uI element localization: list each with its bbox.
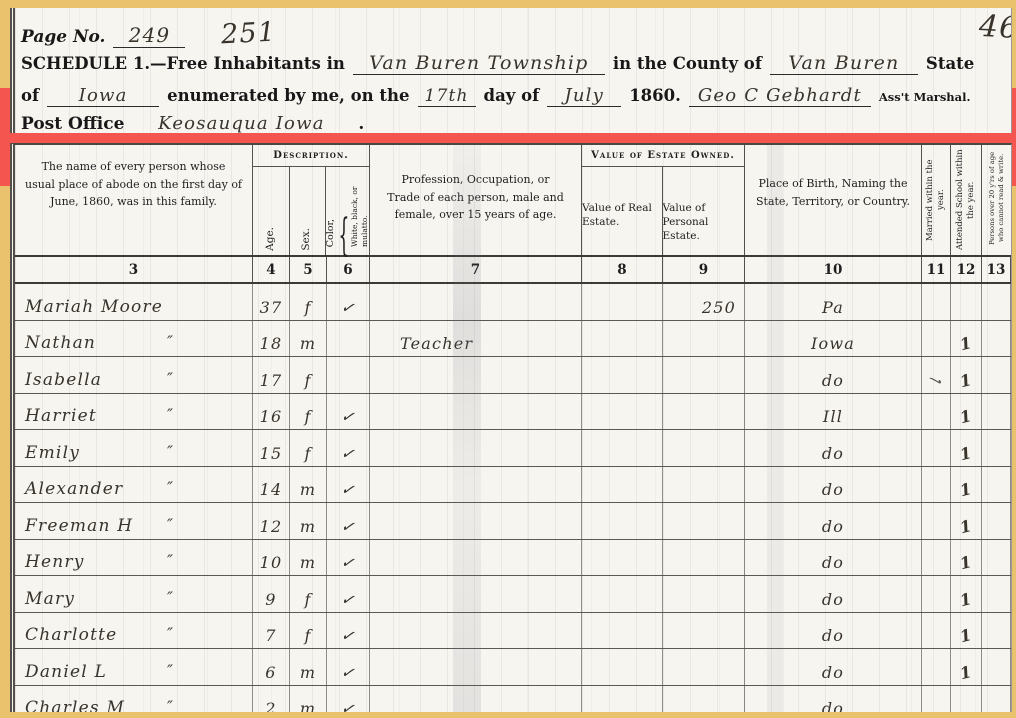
cell-age: 9: [253, 576, 290, 612]
cell-occupation: [370, 467, 582, 503]
school-mark: 1: [958, 406, 975, 427]
person-name: Mariah Moore: [25, 297, 163, 317]
col-header-school: Attended School within the year.: [951, 145, 982, 255]
cell-name: Nathan ″: [15, 321, 253, 357]
cell-school: 1: [951, 357, 982, 393]
cannot-read-label: Persons over 20 y'rs of age who cannot r…: [988, 145, 1006, 251]
cell-color: ✓: [327, 686, 370, 713]
col-number-4: 4: [253, 257, 290, 282]
cell-married: [922, 284, 951, 320]
color-mark: ✓: [339, 625, 357, 646]
marshal-signature: Geo C Gebhardt: [689, 85, 871, 107]
cell-sex: m: [290, 649, 327, 685]
birthplace-value: do: [822, 699, 844, 712]
sex-value: m: [300, 553, 316, 572]
cell-married: [922, 576, 951, 612]
sex-value: m: [300, 334, 316, 353]
cell-age: 6: [253, 649, 290, 685]
month-entry: July: [547, 85, 621, 107]
enumerated-label: enumerated by me, on the: [167, 86, 409, 105]
estate-group-label: Value of Estate Owned.: [582, 145, 744, 167]
cell-name: Daniel L ″: [15, 649, 253, 685]
birthplace-value: do: [822, 517, 844, 536]
occupation-value: Teacher: [400, 334, 473, 353]
cell-age: 17: [253, 357, 290, 393]
table-body: Mariah Moore 37 f ✓ 250 Pa Nathan ″: [15, 284, 1011, 712]
estate-group-body: Value of Real Estate. Value of Personal …: [582, 167, 744, 256]
birthplace-value: do: [822, 480, 844, 499]
cell-occupation: [370, 649, 582, 685]
birthplace-value: do: [822, 553, 844, 572]
cell-school: 1: [951, 503, 982, 539]
cell-school: 1: [951, 540, 982, 576]
cell-age: 10: [253, 540, 290, 576]
cell-occupation: [370, 394, 582, 430]
cell-color: [327, 321, 370, 357]
birthplace-value: do: [822, 663, 844, 682]
birthplace-value: do: [822, 371, 844, 390]
col-header-cannot-read: Persons over 20 y'rs of age who cannot r…: [982, 145, 1011, 255]
table-row: Daniel L ″ 6 m ✓ do 1: [15, 649, 1011, 686]
color-mark: ✓: [339, 515, 357, 536]
person-name: Isabella: [25, 370, 102, 390]
color-header-wrap: Color, { White, black, or mulatto.: [325, 163, 370, 251]
cell-birthplace: do: [745, 430, 922, 466]
person-name: Daniel L: [25, 662, 107, 682]
cell-personal-estate: [663, 649, 745, 685]
cell-married: [922, 467, 951, 503]
sex-value: m: [300, 699, 316, 712]
table-row: Emily ″ 15 f ✓ do 1: [15, 430, 1011, 467]
cell-birthplace: do: [745, 540, 922, 576]
cell-occupation: [370, 357, 582, 393]
cell-color: [327, 357, 370, 393]
cell-color: ✓: [327, 540, 370, 576]
sex-value: f: [304, 626, 311, 645]
schedule-prefix: SCHEDULE 1.—Free Inhabitants in: [21, 54, 345, 73]
age-value: 10: [260, 553, 283, 572]
schedule-line: SCHEDULE 1.—Free Inhabitants in Van Bure…: [21, 52, 974, 75]
ditto-mark: ″: [167, 405, 175, 424]
document-header: Page No. 249 251 46 SCHEDULE 1.—Free Inh…: [10, 8, 1012, 133]
table-row: Mariah Moore 37 f ✓ 250 Pa: [15, 284, 1011, 321]
age-value: 7: [265, 626, 276, 645]
age-value: 14: [260, 480, 283, 499]
cell-sex: f: [290, 576, 327, 612]
col-number-12: 12: [951, 257, 982, 282]
cell-age: 16: [253, 394, 290, 430]
sex-value: m: [300, 517, 316, 536]
age-value: 12: [260, 517, 283, 536]
col-header-personal-estate: Value of Personal Estate.: [663, 167, 745, 256]
cell-sex: f: [290, 394, 327, 430]
cell-real-estate: [582, 649, 663, 685]
census-table: The name of every person whose usual pla…: [10, 143, 1012, 712]
cell-cannot-read: [982, 576, 1011, 612]
col-number-11: 11: [922, 257, 951, 282]
cell-school: 1: [951, 321, 982, 357]
person-name: Charlotte: [25, 625, 117, 645]
cell-age: 18: [253, 321, 290, 357]
cell-name: Freeman H ″: [15, 503, 253, 539]
of-label: of: [21, 86, 39, 105]
cell-school: [951, 284, 982, 320]
color-mark: ✓: [339, 296, 357, 317]
post-office-label: Post Office: [21, 114, 124, 133]
cell-personal-estate: [663, 576, 745, 612]
school-mark: 1: [958, 333, 975, 354]
school-mark: 1: [958, 588, 975, 609]
enumeration-line: of Iowa enumerated by me, on the 17th da…: [21, 85, 970, 107]
cell-birthplace: do: [745, 576, 922, 612]
cell-personal-estate: [663, 503, 745, 539]
day-entry: 17th: [418, 86, 476, 107]
cell-cannot-read: [982, 649, 1011, 685]
school-mark: 1: [958, 552, 975, 573]
cell-name: Henry ″: [15, 540, 253, 576]
cell-married: [922, 649, 951, 685]
cell-cannot-read: [982, 503, 1011, 539]
cell-sex: m: [290, 686, 327, 713]
cell-age: 7: [253, 613, 290, 649]
col-number-13: 13: [982, 257, 1011, 282]
cell-married: [922, 321, 951, 357]
corner-page-number: 46: [979, 9, 1012, 46]
cell-sex: m: [290, 540, 327, 576]
cell-age: 14: [253, 467, 290, 503]
table-header: The name of every person whose usual pla…: [15, 145, 1011, 255]
personal-estate-value: 250: [702, 298, 736, 317]
birthplace-value: do: [822, 626, 844, 645]
cell-occupation: [370, 613, 582, 649]
sex-label: Sex.: [300, 228, 314, 251]
cell-birthplace: Iowa: [745, 321, 922, 357]
table-row: Charles M ″ 2 m ✓ do: [15, 686, 1011, 713]
col-number-5: 5: [290, 257, 327, 282]
cell-cannot-read: [982, 686, 1011, 713]
county-label: in the County of: [613, 54, 762, 73]
cell-cannot-read: [982, 284, 1011, 320]
color-mark: ✓: [339, 479, 357, 500]
cell-occupation: [370, 686, 582, 713]
ditto-mark: ″: [167, 551, 175, 570]
cell-cannot-read: [982, 357, 1011, 393]
ditto-mark: ″: [167, 588, 175, 607]
person-name: Mary: [25, 589, 75, 609]
birthplace-value: Pa: [822, 298, 844, 317]
person-name: Charles M: [25, 698, 125, 712]
cell-married: [922, 503, 951, 539]
birthplace-value: Ill: [823, 407, 843, 426]
township-entry: Van Buren Township: [353, 52, 605, 75]
cell-birthplace: do: [745, 686, 922, 713]
cell-color: ✓: [327, 284, 370, 320]
school-mark: 1: [958, 625, 975, 646]
cell-school: 1: [951, 649, 982, 685]
table-row: Alexander ″ 14 m ✓ do 1: [15, 467, 1011, 504]
ditto-mark: ″: [167, 624, 175, 643]
person-name: Nathan: [25, 333, 96, 353]
cell-birthplace: do: [745, 613, 922, 649]
cell-real-estate: [582, 430, 663, 466]
cell-personal-estate: [663, 357, 745, 393]
cell-school: [951, 686, 982, 713]
cell-cannot-read: [982, 467, 1011, 503]
cell-birthplace: do: [745, 649, 922, 685]
table-row: Mary ″ 9 f ✓ do 1: [15, 576, 1011, 613]
cell-age: 37: [253, 284, 290, 320]
col-number-3: 3: [15, 257, 253, 282]
col-number-8: 8: [582, 257, 663, 282]
cell-sex: m: [290, 321, 327, 357]
age-value: 15: [260, 444, 283, 463]
person-name: Alexander: [25, 479, 123, 499]
col-number-7: 7: [370, 257, 582, 282]
ditto-mark: ″: [167, 661, 175, 680]
ditto-mark: ″: [167, 442, 175, 461]
cell-cannot-read: [982, 321, 1011, 357]
col-header-sex: Sex.: [290, 167, 327, 256]
col-header-birthplace: Place of Birth, Naming the State, Territ…: [745, 145, 922, 255]
person-name: Emily: [25, 443, 80, 463]
ditto-mark: ″: [167, 515, 175, 534]
year-label: 1860.: [629, 86, 681, 105]
cell-name: Mary ″: [15, 576, 253, 612]
age-value: 16: [260, 407, 283, 426]
cell-name: Harriet ″: [15, 394, 253, 430]
ditto-mark: ″: [167, 332, 175, 351]
cell-married: [922, 394, 951, 430]
cell-school: 1: [951, 613, 982, 649]
sex-value: f: [304, 590, 311, 609]
day-of-label: day of: [484, 86, 540, 105]
cell-sex: m: [290, 467, 327, 503]
cell-name: Mariah Moore: [15, 284, 253, 320]
age-value: 37: [260, 298, 283, 317]
school-label: Attended School within the year.: [955, 149, 977, 251]
cell-occupation: [370, 503, 582, 539]
person-name: Henry: [25, 552, 85, 572]
col-header-real-estate: Value of Real Estate.: [582, 167, 663, 256]
sex-value: f: [304, 298, 311, 317]
cell-occupation: [370, 576, 582, 612]
cell-sex: f: [290, 613, 327, 649]
cell-real-estate: [582, 540, 663, 576]
table-row: Nathan ″ 18 m Teacher Iowa 1: [15, 321, 1011, 358]
page-number-line: Page No. 249 251: [21, 18, 277, 49]
cell-real-estate: [582, 467, 663, 503]
cell-color: ✓: [327, 430, 370, 466]
state-label: State: [926, 54, 974, 73]
cell-name: Charles M ″: [15, 686, 253, 713]
cell-personal-estate: [663, 467, 745, 503]
school-mark: 1: [958, 442, 975, 463]
col-header-color: Color, { White, black, or mulatto.: [326, 167, 369, 256]
cell-married: [922, 430, 951, 466]
sex-value: f: [304, 444, 311, 463]
birthplace-value: do: [822, 444, 844, 463]
school-mark: 1: [958, 661, 975, 682]
state-entry: Iowa: [47, 85, 159, 107]
color-mark: ✓: [339, 661, 357, 682]
age-value: 2: [265, 699, 276, 712]
school-mark: 1: [958, 515, 975, 536]
color-mark: ✓: [339, 698, 357, 712]
person-name: Harriet: [25, 406, 97, 426]
col-header-age: Age.: [253, 167, 290, 256]
page-number-alt: 251: [221, 17, 278, 51]
age-value: 17: [260, 371, 283, 390]
cell-school: 1: [951, 394, 982, 430]
table-row: Freeman H ″ 12 m ✓ do 1: [15, 503, 1011, 540]
color-mark: ✓: [339, 588, 357, 609]
table-row: Harriet ″ 16 f ✓ Ill 1: [15, 394, 1011, 431]
ditto-mark: ″: [167, 478, 175, 497]
age-value: 18: [260, 334, 283, 353]
period: .: [358, 114, 364, 133]
cell-sex: f: [290, 357, 327, 393]
cell-real-estate: [582, 284, 663, 320]
cell-occupation: [370, 430, 582, 466]
color-mark: ✓: [339, 442, 357, 463]
table-row: Charlotte ″ 7 f ✓ do 1: [15, 613, 1011, 650]
cell-age: 12: [253, 503, 290, 539]
cell-school: 1: [951, 576, 982, 612]
cell-occupation: Teacher: [370, 321, 582, 357]
col-group-description: Description. Age. Sex. Color, { White, b…: [253, 145, 370, 255]
cell-sex: f: [290, 284, 327, 320]
column-number-row: 3 4 5 6 7 8 9 10 11 12 13: [15, 255, 1011, 284]
cell-real-estate: [582, 394, 663, 430]
col-number-9: 9: [663, 257, 745, 282]
cell-sex: m: [290, 503, 327, 539]
cell-color: ✓: [327, 613, 370, 649]
ditto-mark: ″: [167, 697, 175, 712]
person-name: Freeman H: [25, 516, 133, 536]
marshal-title: Ass't Marshal.: [879, 90, 971, 104]
post-office-entry: Keosauqua Iowa: [132, 113, 350, 133]
sex-value: m: [300, 663, 316, 682]
cell-personal-estate: [663, 540, 745, 576]
cell-real-estate: [582, 576, 663, 612]
cell-personal-estate: [663, 686, 745, 713]
birthplace-value: Iowa: [811, 334, 855, 353]
age-label: Age.: [264, 227, 278, 251]
cell-occupation: [370, 284, 582, 320]
cell-school: 1: [951, 430, 982, 466]
color-desc-label: White, black, or mulatto.: [350, 163, 370, 247]
col-group-estate: Value of Estate Owned. Value of Real Est…: [582, 145, 745, 255]
cell-color: ✓: [327, 576, 370, 612]
age-value: 9: [265, 590, 276, 609]
cell-real-estate: [582, 357, 663, 393]
cell-name: Emily ″: [15, 430, 253, 466]
cell-birthplace: do: [745, 357, 922, 393]
col-header-name: The name of every person whose usual pla…: [15, 145, 253, 255]
cell-color: ✓: [327, 503, 370, 539]
cell-real-estate: [582, 503, 663, 539]
color-label: Color,: [325, 219, 337, 247]
cell-name: Charlotte ″: [15, 613, 253, 649]
description-group-body: Age. Sex. Color, { White, black, or mula…: [253, 167, 369, 256]
cell-married: [922, 686, 951, 713]
cell-personal-estate: [663, 321, 745, 357]
post-office-line: Post Office Keosauqua Iowa .: [21, 113, 364, 133]
school-mark: 1: [958, 479, 975, 500]
sex-value: m: [300, 480, 316, 499]
brace-glyph: {: [339, 216, 350, 260]
cell-name: Isabella ″: [15, 357, 253, 393]
table-row: Isabella ″ 17 f do ✓ 1: [15, 357, 1011, 394]
married-label: Married within the year.: [925, 149, 947, 251]
col-header-profession: Profession, Occupation, or Trade of each…: [370, 145, 582, 255]
cell-color: ✓: [327, 394, 370, 430]
cell-personal-estate: [663, 394, 745, 430]
cell-personal-estate: 250: [663, 284, 745, 320]
ditto-mark: ″: [167, 369, 175, 388]
school-mark: 1: [958, 369, 975, 390]
cell-cannot-read: [982, 613, 1011, 649]
age-value: 6: [265, 663, 276, 682]
sex-value: f: [304, 371, 311, 390]
cell-married: [922, 540, 951, 576]
color-mark: ✓: [339, 552, 357, 573]
cell-cannot-read: [982, 394, 1011, 430]
cell-married: ✓: [922, 357, 951, 393]
col-header-married: Married within the year.: [922, 145, 951, 255]
color-mark: ✓: [339, 406, 357, 427]
page-no-label: Page No.: [21, 27, 105, 47]
cell-birthplace: do: [745, 467, 922, 503]
census-scan-page: Page No. 249 251 46 SCHEDULE 1.—Free Inh…: [0, 0, 1016, 718]
county-entry: Van Buren: [770, 52, 918, 75]
cell-personal-estate: [663, 613, 745, 649]
cell-real-estate: [582, 321, 663, 357]
cell-personal-estate: [663, 430, 745, 466]
sex-value: f: [304, 407, 311, 426]
cell-name: Alexander ″: [15, 467, 253, 503]
cell-sex: f: [290, 430, 327, 466]
page-number-value: 249: [113, 23, 185, 48]
married-mark: ✓: [926, 369, 946, 392]
cell-school: 1: [951, 467, 982, 503]
cell-birthplace: Ill: [745, 394, 922, 430]
cell-color: ✓: [327, 467, 370, 503]
cell-birthplace: Pa: [745, 284, 922, 320]
cell-age: 2: [253, 686, 290, 713]
birthplace-value: do: [822, 590, 844, 609]
cell-cannot-read: [982, 430, 1011, 466]
cell-real-estate: [582, 613, 663, 649]
cell-married: [922, 613, 951, 649]
cell-birthplace: do: [745, 503, 922, 539]
cell-occupation: [370, 540, 582, 576]
cell-cannot-read: [982, 540, 1011, 576]
col-number-10: 10: [745, 257, 922, 282]
cell-real-estate: [582, 686, 663, 713]
table-row: Henry ″ 10 m ✓ do 1: [15, 540, 1011, 577]
cell-age: 15: [253, 430, 290, 466]
cell-color: ✓: [327, 649, 370, 685]
